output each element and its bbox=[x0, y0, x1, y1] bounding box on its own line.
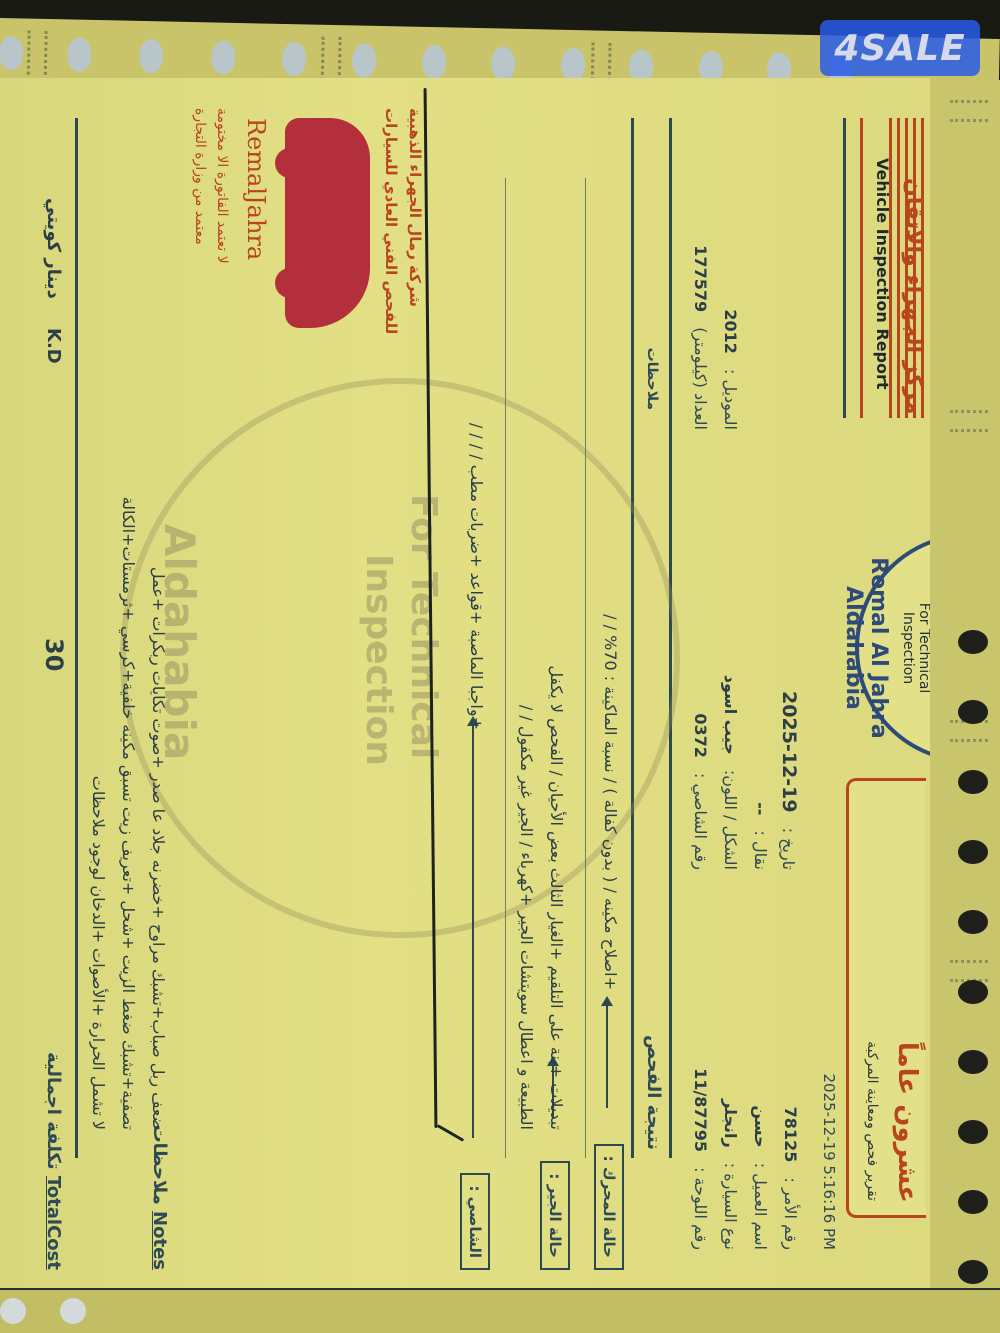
paper-feed-strip-bottom bbox=[0, 1290, 1000, 1333]
currency-ar: دينار كويتي bbox=[43, 198, 64, 299]
total-cost-label-en: TotalCost bbox=[43, 1176, 64, 1270]
company-name-ar: شركة رمال الجهراء الذهبية bbox=[406, 108, 424, 307]
report-document: مركز الجهراء والاتقان Vehicle Inspection… bbox=[0, 78, 930, 1290]
feed-hole bbox=[422, 45, 447, 79]
feed-hole bbox=[958, 1050, 988, 1074]
feed-code-mark bbox=[950, 960, 988, 982]
feed-hole bbox=[958, 700, 988, 724]
total-cost-value: 30 bbox=[40, 638, 68, 671]
field-value: 78125 bbox=[781, 1107, 800, 1163]
field-shape-color: الشكل / اللون: جيب اسود bbox=[721, 675, 740, 870]
feed-hole bbox=[958, 630, 988, 654]
notes-line-1: ضعف ربل صباب+تشبك مراوح +خضرنه جلاد عا ص… bbox=[149, 567, 168, 1130]
feed-hole bbox=[60, 1298, 86, 1324]
header-title-block: مركز الجهراء والاتقان Vehicle Inspection… bbox=[860, 118, 930, 418]
field-value: 0372 bbox=[691, 713, 710, 758]
field-value: حسن bbox=[751, 1105, 770, 1147]
stamp-line-1: For Technical bbox=[403, 494, 444, 759]
feed-hole bbox=[958, 1260, 988, 1284]
field-label: اسم العميل : bbox=[751, 1163, 770, 1250]
row-divider bbox=[585, 178, 586, 1158]
notes-label-ar: ملاحظات bbox=[149, 1125, 170, 1205]
4sale-watermark-logo: 4SALE bbox=[820, 20, 980, 76]
gearbox-finding-line-1: تبديلات +بنة على التلقيم +الغيار الثالث … bbox=[547, 665, 566, 1130]
field-order-number: رقم الأمر : 78125 bbox=[781, 1107, 800, 1250]
feed-hole bbox=[958, 1190, 988, 1214]
feed-hole bbox=[67, 37, 92, 71]
field-label: الموديل : bbox=[721, 369, 740, 430]
notes-line-2: تصفية+تشبك ضغط الزيت +شحل +تعريف زيت تسب… bbox=[119, 497, 138, 1130]
field-label: الشكل / اللون: bbox=[721, 770, 740, 870]
field-label: رقم الشاصي : bbox=[691, 773, 710, 870]
total-cost-label-ar: تكلفة اجمالية bbox=[43, 1052, 64, 1170]
field-value: جيب اسود bbox=[721, 675, 740, 755]
field-model-year: الموديل : 2012 bbox=[721, 309, 740, 430]
field-label: رقم اللوحة : bbox=[691, 1167, 710, 1250]
company-name-en: RemalJahra bbox=[242, 118, 270, 260]
notes-line-3: لا تشمل الحرارة +الأصوات +الدخان لوجود م… bbox=[89, 776, 108, 1130]
field-tow: نقال : -- bbox=[751, 802, 770, 870]
inspection-stamp: For Technical Inspection Aldahabia bbox=[120, 378, 680, 938]
feed-hole bbox=[958, 980, 988, 1004]
field-odometer: العداد (كيلومتر) 177579 bbox=[691, 245, 710, 430]
field-customer-name: اسم العميل : حسن bbox=[751, 1105, 770, 1250]
paper-feed-strip-right bbox=[930, 80, 1000, 1333]
disclaimer-stamped-only: لا تعتمد الفاتورة الا مختومة bbox=[214, 108, 230, 264]
total-cost-label: تكلفة اجمالية TotalCost bbox=[43, 1052, 64, 1270]
feed-hole bbox=[958, 910, 988, 934]
field-value: رانجلر bbox=[721, 1099, 740, 1148]
field-label: نوع السيارة : bbox=[721, 1163, 740, 1250]
inspection-result-title: نتيجة الفحص bbox=[643, 1035, 664, 1150]
seal-line-2: Inspection bbox=[900, 537, 915, 759]
header-brand-band: عشرون عاماً تقرير فحص ومعاينة المركبة bbox=[846, 778, 926, 1218]
field-value: 177579 bbox=[691, 245, 710, 312]
gearbox-status-label: حالة الجير : bbox=[540, 1161, 570, 1270]
notes-label: ملاحظات Notes bbox=[149, 1125, 170, 1270]
brand-subtitle-ar: تقرير فحص ومعاينة المركبة bbox=[864, 1041, 880, 1201]
feed-hole bbox=[491, 46, 516, 80]
field-label: رقم الأمر : bbox=[781, 1177, 800, 1250]
feed-code-mark bbox=[27, 31, 48, 75]
feed-hole bbox=[958, 770, 988, 794]
row-divider bbox=[505, 178, 506, 1158]
feed-hole bbox=[0, 1298, 26, 1324]
feed-hole bbox=[211, 40, 236, 74]
company-seal-logo: Remal Al Jahra Aldahabia For Technical I… bbox=[855, 533, 930, 763]
engine-status-label: حالة المحرك : bbox=[594, 1144, 624, 1270]
feed-code-mark bbox=[321, 37, 342, 81]
feed-hole bbox=[0, 36, 24, 70]
gearbox-finding-line-2: الطبيعة و اعطال سويتشات الجير +كهرباء / … bbox=[517, 705, 536, 1130]
chassis-status-label: الشاصي : bbox=[460, 1173, 490, 1270]
notes-divider bbox=[75, 118, 78, 1158]
field-date: تاريخ : 2025-12-19 bbox=[778, 691, 800, 870]
remarks-column-label: ملاحظات bbox=[644, 348, 660, 410]
feed-hole bbox=[282, 42, 307, 76]
seal-line-1: For Technical bbox=[916, 537, 930, 759]
field-label: تاريخ : bbox=[779, 828, 798, 870]
engine-arrow bbox=[606, 998, 608, 1108]
field-value: 2025-12-19 bbox=[778, 691, 800, 813]
chassis-finding: +واجبا الماصبة +قواعد +ضربات مطب / / / / bbox=[467, 423, 486, 730]
field-value: -- bbox=[751, 802, 770, 815]
feed-code-mark bbox=[950, 410, 988, 432]
disclaimer-ministry-approved: معتمد من وزارة التجارة bbox=[192, 108, 208, 245]
field-label: العداد (كيلومتر) bbox=[691, 327, 710, 430]
field-label: نقال : bbox=[751, 830, 770, 870]
company-tagline-ar: للفحص الفني العادي للسيارات bbox=[382, 108, 400, 334]
perforation-line bbox=[0, 1288, 1000, 1290]
notes-label-en: Notes bbox=[149, 1211, 170, 1270]
feed-hole bbox=[958, 1120, 988, 1144]
brand-title-ar: عشرون عاماً bbox=[892, 1042, 922, 1203]
field-plate-number: رقم اللوحة : 11/87795 bbox=[691, 1068, 710, 1250]
field-chassis-number: رقم الشاصي : 0372 bbox=[691, 713, 710, 870]
chassis-arrow bbox=[472, 718, 474, 1138]
stamp-line-2: Inspection bbox=[358, 554, 399, 766]
feed-hole bbox=[958, 840, 988, 864]
frame-line-top bbox=[843, 118, 846, 418]
handwritten-arrow-hook bbox=[437, 1124, 464, 1142]
field-value: 2012 bbox=[721, 309, 740, 354]
seal-ring-text: Remal Al Jahra Aldahabia bbox=[841, 537, 891, 759]
feed-hole bbox=[139, 39, 164, 73]
engine-finding: +اصلاح مكينه / ( بدون كفالة ) / نسبة الم… bbox=[601, 614, 620, 990]
inspection-report-sheet: مركز الجهراء والاتقان Vehicle Inspection… bbox=[0, 78, 930, 1290]
field-car-type: نوع السيارة : رانجلر bbox=[721, 1099, 740, 1250]
field-value: 11/87795 bbox=[691, 1068, 710, 1152]
feed-hole bbox=[352, 43, 377, 77]
currency-en: K.D bbox=[43, 328, 64, 364]
header-title-ar: مركز الجهراء والاتقان bbox=[901, 178, 926, 415]
car-logo-icon bbox=[285, 118, 370, 328]
printed-timestamp: 2025-12-19 5:16:16 PM bbox=[820, 1073, 838, 1250]
header-title-en: Vehicle Inspection Report bbox=[873, 158, 892, 390]
feed-code-mark bbox=[950, 100, 988, 122]
